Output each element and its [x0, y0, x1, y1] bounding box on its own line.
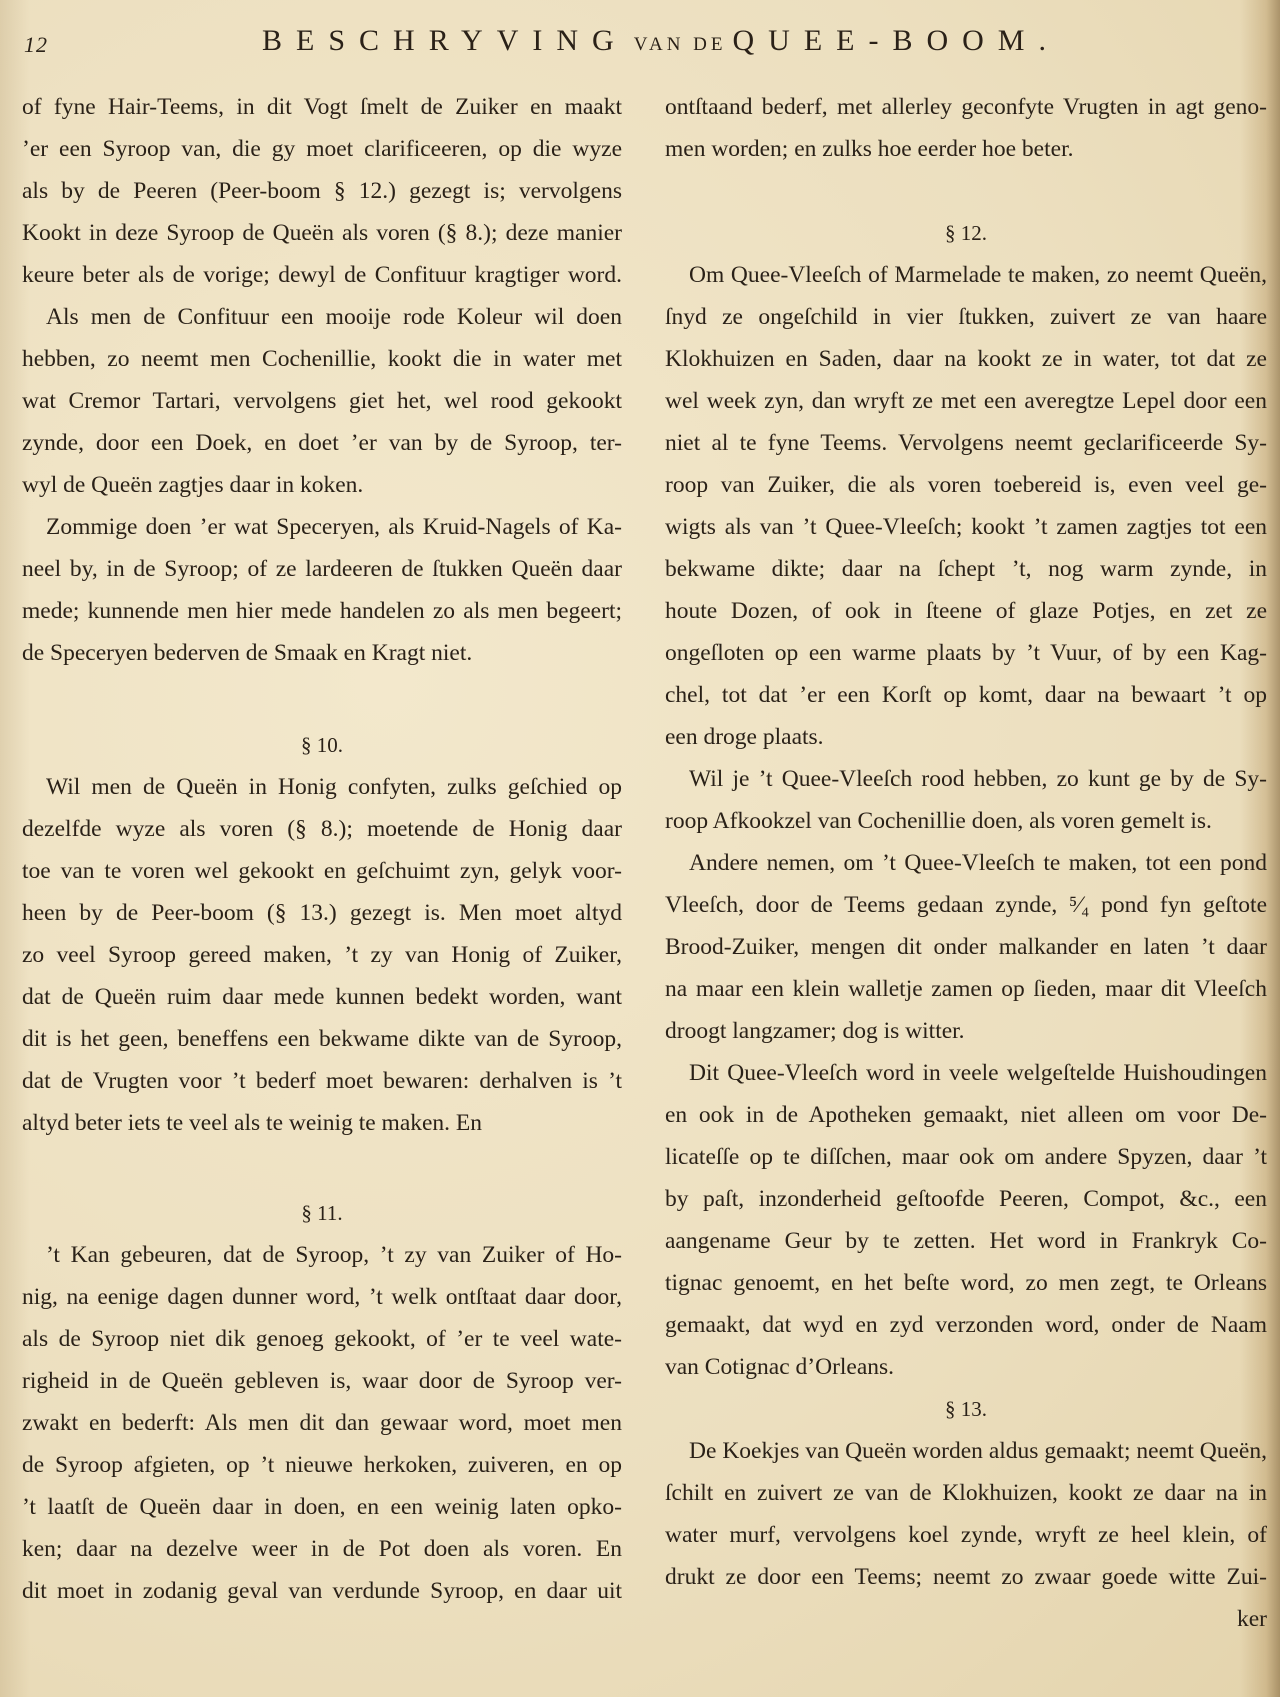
catchword: ker	[665, 1598, 1267, 1640]
text-line: als by de Peeren (Peer-boom § 12.) gezeg…	[22, 170, 622, 212]
text-line: wyl de Queën zagtjes daar in koken.	[22, 464, 622, 506]
text-line: neel by, in de Syroop; of ze lardeeren d…	[22, 548, 622, 590]
text-line: Om Quee-Vleeſch of Marmelade te maken, z…	[665, 254, 1267, 296]
text-line: droogt langzamer; dog is witter.	[665, 1010, 1267, 1052]
text-line: Als men de Confituur een mooije rode Kol…	[22, 296, 622, 338]
text-line: of fyne Hair-Teems, in dit Vogt ſmelt de…	[22, 86, 622, 128]
text-line: een droge plaats.	[665, 716, 1267, 758]
text-line: Wil je ’t Quee-Vleeſch rood hebben, zo k…	[665, 758, 1267, 800]
text-line: dezelfde wyze als voren (§ 8.); moetende…	[22, 808, 622, 850]
running-title: BESCHRYVINGVAN DEQUEE-BOOM.	[262, 24, 1060, 58]
text-line: zwakt en bederft: Als men dit dan gewaar…	[22, 1402, 622, 1444]
running-title-part2: VAN DE	[634, 34, 727, 55]
left-column: of fyne Hair-Teems, in dit Vogt ſmelt de…	[22, 86, 622, 1612]
spacer	[22, 1144, 622, 1192]
text-line: wat Cremor Tartari, vervolgens giet het,…	[22, 380, 622, 422]
page-number: 12	[24, 32, 48, 58]
text-line: licateſſe op te diſſchen, maar ook om an…	[665, 1136, 1267, 1178]
text-line: toe van te voren wel gekookt en geſchuim…	[22, 850, 622, 892]
text-line: Kookt in deze Syroop de Queën als voren …	[22, 212, 622, 254]
text-line: nig, na eenige dagen dunner word, ’t wel…	[22, 1276, 622, 1318]
text-line: roop Afkookzel van Cochenillie doen, als…	[665, 800, 1267, 842]
text-line: en ook in de Apotheken gemaakt, niet all…	[665, 1094, 1267, 1136]
text-line: ’t Kan gebeuren, dat de Syroop, ’t zy va…	[22, 1234, 622, 1276]
running-title-part1: BESCHRYVING	[262, 24, 628, 57]
text-line: als de Syroop niet dik genoeg gekookt, o…	[22, 1318, 622, 1360]
text-line: dit moet in zodanig geval van verdunde S…	[22, 1570, 622, 1612]
text-line: by paſt, inzonderheid geſtoofde Peeren, …	[665, 1178, 1267, 1220]
text-line: chel, tot dat ’er een Korſt op komt, daa…	[665, 674, 1267, 716]
text-line: water murf, vervolgens koel zynde, wryft…	[665, 1514, 1267, 1556]
text-line: Andere nemen, om ’t Quee-Vleeſch te make…	[665, 842, 1267, 884]
text-line: Dit Quee-Vleeſch word in veele welgeſtel…	[665, 1052, 1267, 1094]
text-line: ken; daar na dezelve weer in de Pot doen…	[22, 1528, 622, 1570]
text-line: altyd beter iets te veel als te weinig t…	[22, 1102, 622, 1144]
spacer	[22, 674, 622, 724]
text-line: drukt ze door een Teems; neemt zo zwaar …	[665, 1556, 1267, 1598]
text-line: mede; kunnende men hier mede handelen zo…	[22, 590, 622, 632]
text-line: Wil men de Queën in Honig confyten, zulk…	[22, 766, 622, 808]
text-line: aangename Geur by te zetten. Het word in…	[665, 1220, 1267, 1262]
text-line: niet al te fyne Teems. Vervolgens neemt …	[665, 422, 1267, 464]
text-line: ontſtaand bederf, met allerley geconfyte…	[665, 86, 1267, 128]
text-line: keure beter als de vorige; dewyl de Conf…	[22, 254, 622, 296]
text-line: zynde, door een Doek, en doet ’er van by…	[22, 422, 622, 464]
text-line: zo veel Syroop gereed maken, ’t zy van H…	[22, 934, 622, 976]
text-line: dat de Vrugten voor ’t bederf moet bewar…	[22, 1060, 622, 1102]
right-column: ontſtaand bederf, met allerley geconfyte…	[665, 86, 1267, 1640]
text-line: bekwame dikte; daar na ſchept ’t, nog wa…	[665, 548, 1267, 590]
book-page: 12 BESCHRYVINGVAN DEQUEE-BOOM. of fyne H…	[0, 0, 1280, 1697]
text-line: tignac genoemt, en het beſte word, zo me…	[665, 1262, 1267, 1304]
section-heading-12: § 12.	[665, 212, 1267, 254]
text-line: heen by de Peer-boom (§ 13.) gezegt is. …	[22, 892, 622, 934]
text-line: ’t laatſt de Queën daar in doen, en een …	[22, 1486, 622, 1528]
text-line: de Syroop afgieten, op ’t nieuwe herkoke…	[22, 1444, 622, 1486]
text-line: de Speceryen bederven de Smaak en Kragt …	[22, 632, 622, 674]
text-line: ongeſloten op een warme plaats by ’t Vuu…	[665, 632, 1267, 674]
text-line: wel week zyn, dan wryft ze met een avere…	[665, 380, 1267, 422]
text-line: hebben, zo neemt men Cochenillie, kookt …	[22, 338, 622, 380]
text-line: roop van Zuiker, die als voren toebereid…	[665, 464, 1267, 506]
text-line: van Cotignac d’Orleans.	[665, 1346, 1267, 1388]
page-header: 12 BESCHRYVINGVAN DEQUEE-BOOM.	[0, 22, 1280, 62]
text-line: ’er een Syroop van, die gy moet clarific…	[22, 128, 622, 170]
text-line: na maar een klein walletje zamen op ſied…	[665, 968, 1267, 1010]
section-heading-13: § 13.	[665, 1388, 1267, 1430]
text-line: Klokhuizen en Saden, daar na kookt ze in…	[665, 338, 1267, 380]
text-line: dat de Queën ruim daar mede kunnen bedek…	[22, 976, 622, 1018]
section-heading-11: § 11.	[22, 1192, 622, 1234]
text-line: righeid in de Queën gebleven is, waar do…	[22, 1360, 622, 1402]
spacer	[665, 170, 1267, 212]
text-line: Vleeſch, door de Teems gedaan zynde, ⁵⁄₄…	[665, 884, 1267, 926]
text-line: Brood-Zuiker, mengen dit onder malkander…	[665, 926, 1267, 968]
text-line: ſnyd ze ongeſchild in vier ſtukken, zuiv…	[665, 296, 1267, 338]
text-line: dit is het geen, beneffens een bekwame d…	[22, 1018, 622, 1060]
running-title-part3: QUEE-BOOM.	[733, 24, 1061, 57]
section-heading-10: § 10.	[22, 724, 622, 766]
text-line: ſchilt en zuivert ze van de Klokhuizen, …	[665, 1472, 1267, 1514]
text-line: houte Dozen, of ook in ſteene of glaze P…	[665, 590, 1267, 632]
text-line: De Koekjes van Queën worden aldus gemaak…	[665, 1430, 1267, 1472]
text-line: gemaakt, dat wyd en zyd verzonden word, …	[665, 1304, 1267, 1346]
text-line: wigts als van ’t Quee-Vleeſch; kookt ’t …	[665, 506, 1267, 548]
text-line: men worden; en zulks hoe eerder hoe bete…	[665, 128, 1267, 170]
text-line: Zommige doen ’er wat Speceryen, als Krui…	[22, 506, 622, 548]
